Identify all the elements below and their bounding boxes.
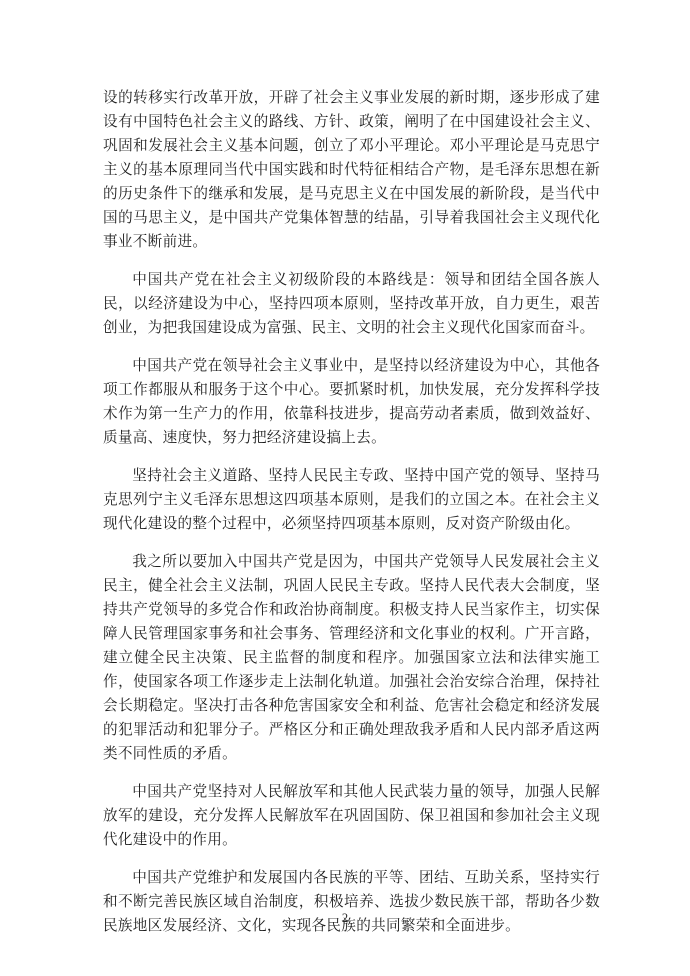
paragraph-economic-center: 中国共产党在领导社会主义事业中，是坚持以经济建设为中心，其他各项工作都服从和服务…	[103, 354, 600, 450]
page-number: 2	[0, 911, 690, 926]
paragraph-continuation: 设的转移实行改革开放，开辟了社会主义事业发展的新时期，逐步形成了建设有中国特色社…	[103, 86, 600, 254]
document-page: 设的转移实行改革开放，开辟了社会主义事业发展的新时期，逐步形成了建设有中国特色社…	[0, 0, 690, 976]
paragraph-reason-join-party: 我之所以要加入中国共产党是因为，中国共产党领导人民发展社会主义民主，健全社会主义…	[103, 550, 600, 766]
paragraph-basic-line: 中国共产党在社会主义初级阶段的本路线是：领导和团结全国各族人民，以经济建设为中心…	[103, 268, 600, 340]
document-body: 设的转移实行改革开放，开辟了社会主义事业发展的新时期，逐步形成了建设有中国特色社…	[103, 86, 600, 952]
paragraph-ethnic-unity: 中国共产党维护和发展国内各民族的平等、团结、互助关系，坚持实行和不断完善民族区域…	[103, 866, 600, 938]
paragraph-four-principles: 坚持社会主义道路、坚持人民民主专政、坚持中国产党的领导、坚持马克思列宁主义毛泽东…	[103, 464, 600, 536]
paragraph-pla-leadership: 中国共产党坚持对人民解放军和其他人民武装力量的领导，加强人民解放军的建设，充分发…	[103, 780, 600, 852]
